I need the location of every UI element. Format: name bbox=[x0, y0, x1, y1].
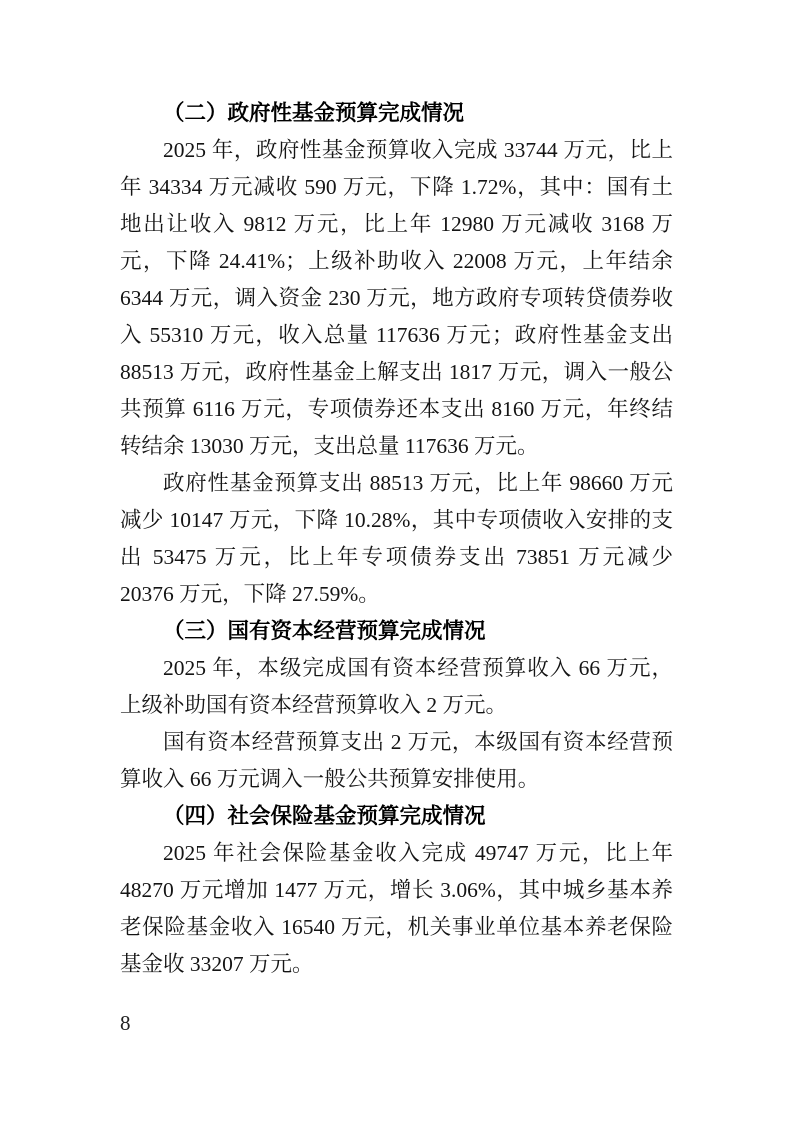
section-heading-government-funds: （二）政府性基金预算完成情况 bbox=[120, 95, 673, 132]
section-heading-social-insurance: （四）社会保险基金预算完成情况 bbox=[120, 798, 673, 835]
paragraph-government-funds-expenditure: 政府性基金预算支出 88513 万元，比上年 98660 万元减少 10147 … bbox=[120, 465, 673, 613]
paragraph-social-insurance-revenue: 2025 年社会保险基金收入完成 49747 万元，比上年 48270 万元增加… bbox=[120, 835, 673, 983]
section-heading-state-capital: （三）国有资本经营预算完成情况 bbox=[120, 613, 673, 650]
paragraph-government-funds-revenue: 2025 年，政府性基金预算收入完成 33744 万元，比上年 34334 万元… bbox=[120, 132, 673, 465]
document-body: （二）政府性基金预算完成情况 2025 年，政府性基金预算收入完成 33744 … bbox=[120, 95, 673, 983]
paragraph-state-capital-expenditure: 国有资本经营预算支出 2 万元，本级国有资本经营预算收入 66 万元调入一般公共… bbox=[120, 724, 673, 798]
document-page: （二）政府性基金预算完成情况 2025 年，政府性基金预算收入完成 33744 … bbox=[0, 0, 793, 1122]
page-number: 8 bbox=[120, 1008, 131, 1038]
paragraph-state-capital-revenue: 2025 年，本级完成国有资本经营预算收入 66 万元，上级补助国有资本经营预算… bbox=[120, 650, 673, 724]
